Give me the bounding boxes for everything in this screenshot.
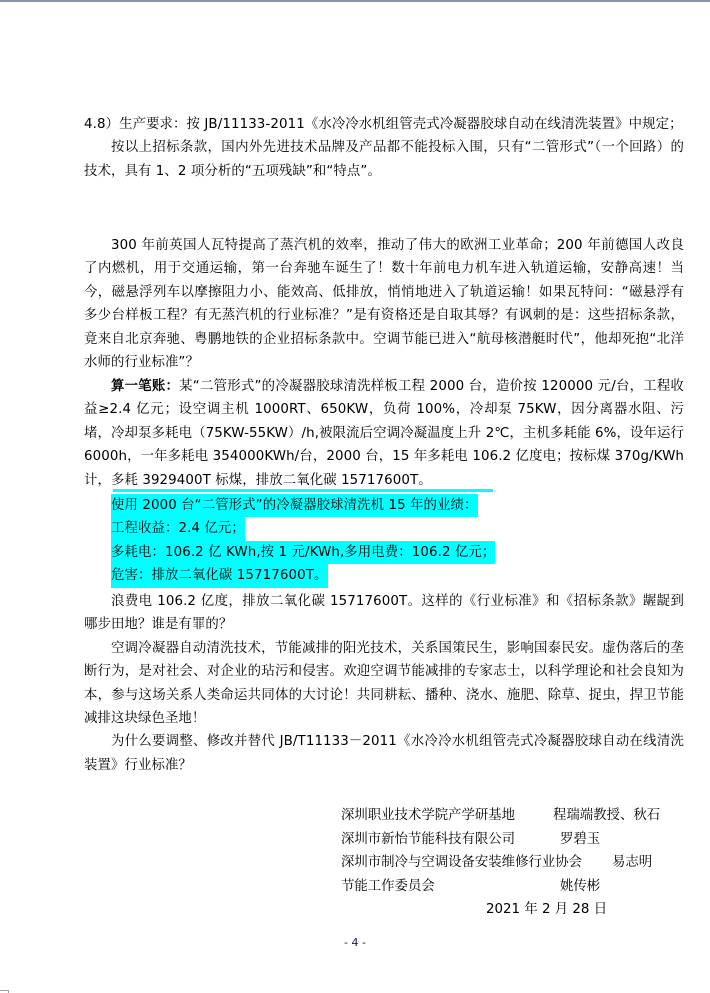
window-top-border: [0, 0, 710, 2]
signature-row: 深圳市制冷与空调设备安装维修行业协会 易志明: [341, 851, 660, 875]
document-page: 4.8）生产要求：按 JB/11133-2011《水冷冷水机组管壳式冷凝器胶球自…: [0, 0, 710, 993]
account-label: 算一笔账：: [111, 379, 179, 394]
highlight-line-harm: 危害：排放二氧化碳 15717600T。: [111, 564, 328, 587]
signature-row: 节能工作委员会 姚传彬: [341, 875, 660, 899]
signature-org: 深圳职业技术学院产学研基地: [341, 804, 553, 828]
signature-block: 深圳职业技术学院产学研基地 程瑞端教授、秋石 深圳市新怡节能科技有限公司 罗碧玉…: [341, 804, 660, 922]
question-paragraph: 为什么要调整、修改并替代 JB/T11133－2011《水冷冷水机组管壳式冷凝器…: [84, 730, 684, 777]
highlight-underline: [113, 489, 493, 492]
signature-org: 深圳市制冷与空调设备安装维修行业协会: [341, 851, 612, 875]
highlight-block: 使用 2000 台“二管形式”的冷凝器胶球清洗机 15 年的业绩： 工程收益：2…: [84, 494, 684, 588]
highlight-line-electricity: 多耗电：106.2 亿 KWh,按 1 元/KWh,多用电费：106.2 亿元；: [111, 541, 495, 564]
tender-analysis-paragraph: 按以上招标条款，国内外先进技术品牌及产品都不能投标入围，只有“二管形式”（一个回…: [84, 136, 684, 183]
highlight-line-revenue: 工程收益：2.4 亿元；: [111, 517, 245, 540]
signature-name: 姚传彬: [560, 875, 600, 899]
signature-row: 深圳职业技术学院产学研基地 程瑞端教授、秋石: [341, 804, 660, 828]
document-body-bottom: 浪费电 106.2 亿度，排放二氧化碳 15717600T。这样的《行业标准》和…: [84, 590, 684, 777]
waste-paragraph: 浪费电 106.2 亿度，排放二氧化碳 15717600T。这样的《行业标准》和…: [84, 590, 684, 637]
signature-name: 程瑞端教授、秋石: [553, 804, 660, 828]
signature-row: 深圳市新怡节能科技有限公司 罗碧玉: [341, 828, 660, 852]
signature-org: 节能工作委员会: [341, 875, 560, 899]
signature-org: 深圳市新怡节能科技有限公司: [341, 828, 560, 852]
appeal-paragraph: 空调冷凝器自动清洗技术，节能减排的阳光技术，关系国策民生，影响国泰民安。虚伪落后…: [84, 637, 684, 731]
highlight-line-summary: 使用 2000 台“二管形式”的冷凝器胶球清洗机 15 年的业绩：: [111, 494, 478, 517]
requirement-paragraph: 4.8）生产要求：按 JB/11133-2011《水冷冷水机组管壳式冷凝器胶球自…: [84, 113, 684, 136]
account-paragraph: 算一笔账：某“二管形式”的冷凝器胶球清洗样板工程 2000 台，造价按 1200…: [84, 375, 684, 492]
signature-name: 罗碧玉: [560, 828, 600, 852]
document-body-top: 4.8）生产要求：按 JB/11133-2011《水冷冷水机组管壳式冷凝器胶球自…: [84, 113, 684, 183]
page-number: - 4 -: [0, 936, 710, 949]
document-body-history: 300 年前英国人瓦特提高了蒸汽机的效率，推动了伟大的欧洲工业革命；200 年前…: [84, 234, 684, 374]
account-text: 某“二管形式”的冷凝器胶球清洗样板工程 2000 台，造价按 120000 元/…: [84, 379, 684, 488]
document-body-account: 算一笔账：某“二管形式”的冷凝器胶球清洗样板工程 2000 台，造价按 1200…: [84, 375, 684, 492]
history-paragraph: 300 年前英国人瓦特提高了蒸汽机的效率，推动了伟大的欧洲工业革命；200 年前…: [84, 234, 684, 374]
signature-name: 易志明: [612, 851, 652, 875]
signature-date: 2021 年 2 月 28 日: [341, 898, 660, 922]
